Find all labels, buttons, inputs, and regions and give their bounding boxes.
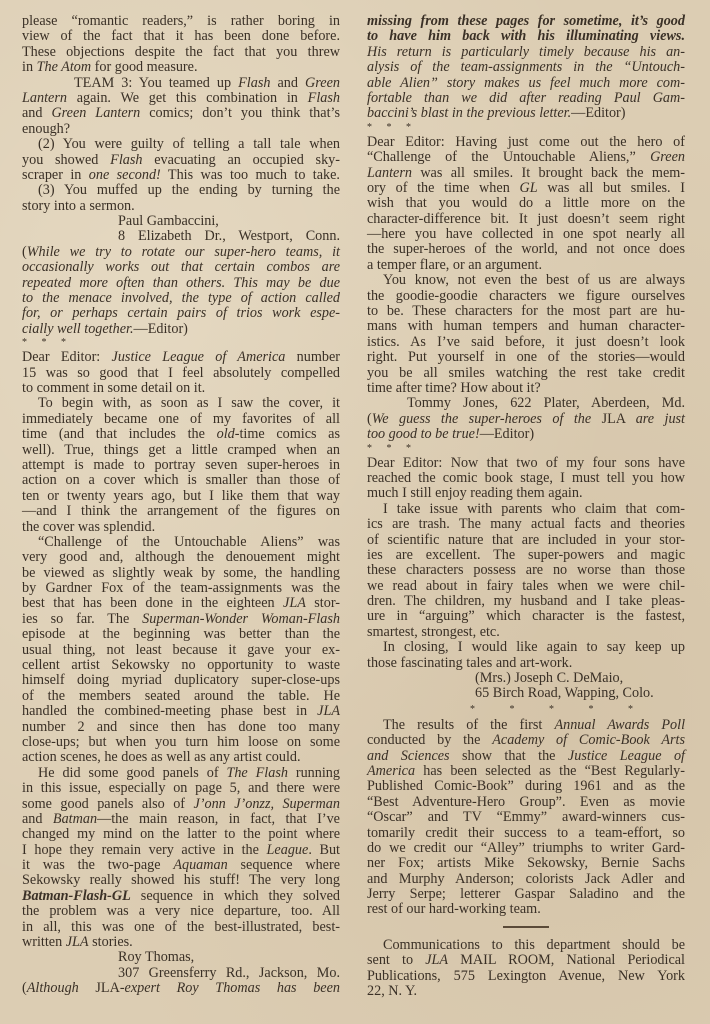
text-line: Dear Editor: Having just come out the he… — [367, 135, 685, 150]
text-line: close-ups; but when you turn him loose o… — [22, 735, 340, 750]
text-line: Tommy Jones, 622 Plater, Aberdeen, Md. — [367, 396, 685, 411]
text-line: and Murphy Anderson; colorists Jack Adle… — [367, 872, 685, 887]
text-line: ies so far. The Superman-Wonder Woman-Fl… — [22, 612, 340, 627]
text-line: Batman-Flash-GL sequence in which they s… — [22, 889, 340, 904]
text-line: to comment in some detail on it. — [22, 381, 340, 396]
text-line: Paul Gambaccini, — [22, 214, 340, 229]
text-line: alysis of the team-assignments in the “U… — [367, 60, 685, 75]
text-line: to be. These characters for the most par… — [367, 304, 685, 319]
text-line: attempt is made to portray seven super-h… — [22, 458, 340, 473]
text-line: Sekowsky really showed his stuff! The ve… — [22, 873, 340, 888]
left-column: please “romantic readers,” is rather bor… — [22, 14, 340, 997]
text-line: ies are excellent. The super-powers and … — [367, 548, 685, 563]
text-line: the goodie-goodie characters we figure o… — [367, 289, 685, 304]
text-line: 65 Birch Road, Wapping, Colo. — [367, 686, 685, 701]
text-line: rest of our hard-working team. — [367, 902, 685, 917]
text-line: in this issue, especially on page 5, and… — [22, 781, 340, 796]
text-line: (We guess the super-heroes of the JLA ar… — [367, 412, 685, 427]
text-line: —and I think the arrangement of the figu… — [22, 504, 340, 519]
text-line: Roy Thomas, — [22, 950, 340, 965]
text-line: The results of the first Annual Awards P… — [367, 718, 685, 733]
text-line: right. Put yourself in one of the storie… — [367, 350, 685, 365]
text-line: (Mrs.) Joseph C. DeMaio, — [367, 671, 685, 686]
text-line: Communications to this department should… — [367, 938, 685, 953]
text-line: cially well together.—Editor) — [22, 322, 340, 337]
text-line: to the menace involved, the type of acti… — [22, 291, 340, 306]
text-line: To begin with, as soon as I saw the cove… — [22, 396, 340, 411]
text-line: I take issue with parents who claim that… — [367, 502, 685, 517]
text-line: action scenes, he does as well as any ar… — [22, 750, 340, 765]
text-line: —here you have collected in one spot nea… — [367, 227, 685, 242]
text-line: Lantern again. We get this combination i… — [22, 91, 340, 106]
text-line: usual thing, not least because it gave y… — [22, 643, 340, 658]
text-line: repeated more often than others. This ma… — [22, 276, 340, 291]
text-line: in all, this was one of the best-illustr… — [22, 920, 340, 935]
text-line: action on a cover which is smaller than … — [22, 473, 340, 488]
text-line: These objections despite the fact that y… — [22, 45, 340, 60]
text-line: the cover was splendid. — [22, 520, 340, 535]
text-line: enough? — [22, 122, 340, 137]
text-line: number 2 and since then has done too man… — [22, 720, 340, 735]
text-line: be viewed as slightly weak by some, the … — [22, 566, 340, 581]
text-line: for, or perhaps certain pairs of trios w… — [22, 306, 340, 321]
text-line: conducted by the Academy of Comic-Book A… — [367, 733, 685, 748]
text-line: 8 Elizabeth Dr., Westport, Conn. — [22, 229, 340, 244]
text-line: 22, N. Y. — [367, 984, 685, 999]
text-line: sent to JLA MAIL ROOM, National Periodic… — [367, 953, 685, 968]
text-line: Jerry Serpe; letterer Gaspar Saladino an… — [367, 887, 685, 902]
text-line: handled the combined-meeting phase best … — [22, 704, 340, 719]
text-line: fortable than we did after reading Paul … — [367, 91, 685, 106]
text-line: cellent artist Sekowsky no opportunity t… — [22, 658, 340, 673]
section-divider — [503, 926, 549, 928]
text-line: himself doing myriad duplicatory super-c… — [22, 673, 340, 688]
text-line: Dear Editor: Now that two of my four son… — [367, 456, 685, 471]
text-line: occasionally works out that certain comb… — [22, 260, 340, 275]
text-line: I hope they remain very active in the Le… — [22, 843, 340, 858]
text-line: of the members seated around the table. … — [22, 689, 340, 704]
text-line: ure in “arguing” which character is the … — [367, 609, 685, 624]
text-line: wish that you would do a little more on … — [367, 196, 685, 211]
text-line: some good panels also of J’onn J’onzz, S… — [22, 797, 340, 812]
text-line: a temper flare, or an argument. — [367, 258, 685, 273]
text-line: these characters possess are no worse th… — [367, 563, 685, 578]
text-line: in The Atom for good measure. — [22, 60, 340, 75]
text-line: He did some good panels of The Flash run… — [22, 766, 340, 781]
text-line: much I still enjoy reading them again. — [367, 486, 685, 501]
text-line: “Oscar” and TV “Emmy” award-winners cus- — [367, 810, 685, 825]
text-line: it was the two-page Aquaman sequence whe… — [22, 858, 340, 873]
text-line: Publications, 575 Lexington Avenue, New … — [367, 969, 685, 984]
text-line: America has been selected as the “Best R… — [367, 764, 685, 779]
text-line: best that has been done in the eighteen … — [22, 596, 340, 611]
text-line: TEAM 3: You teamed up Flash and Green — [22, 76, 340, 91]
right-column: missing from these pages for sometime, i… — [367, 14, 685, 999]
text-line: (3) You muffed up the ending by turning … — [22, 183, 340, 198]
text-line: (While we try to rotate our super-hero t… — [22, 245, 340, 260]
text-line: Lantern was all smiles. It brought back … — [367, 166, 685, 181]
text-line: the problem was a very nice departure, t… — [22, 904, 340, 919]
text-line: written JLA stories. — [22, 935, 340, 950]
text-line: you be all smiles watching the rest take… — [367, 366, 685, 381]
text-line: dren. The children, my husband and I tak… — [367, 594, 685, 609]
text-line: the super-heroes of the world, and not o… — [367, 242, 685, 257]
text-line: baccini’s blast in the previous letter.—… — [367, 106, 685, 121]
text-line: 307 Greensferry Rd., Jackson, Mo. — [22, 966, 340, 981]
text-line: too good to be true!—Editor) — [367, 427, 685, 442]
text-line: tomarily credit their success to a team-… — [367, 826, 685, 841]
text-line: able Alien” story makes us feel much mor… — [367, 76, 685, 91]
text-line: “Challenge of the Untouchable Aliens” wa… — [22, 535, 340, 550]
text-line: His return is particularly timely becaus… — [367, 45, 685, 60]
text-line: “Best Adventure-Hero Group”. Even as mov… — [367, 795, 685, 810]
text-line: time after time? How about it? — [367, 381, 685, 396]
text-line: “Challenge of the Untouchable Aliens,” G… — [367, 150, 685, 165]
text-line: scraper in one second! This was too much… — [22, 168, 340, 183]
text-line: smartest, strongest, etc. — [367, 625, 685, 640]
text-line: and Sciences show that the Justice Leagu… — [367, 749, 685, 764]
text-line: Dear Editor: Justice League of America n… — [22, 350, 340, 365]
text-line: (Although JLA-expert Roy Thomas has been — [22, 981, 340, 996]
text-line: reached the comic book stage, I must tel… — [367, 471, 685, 486]
text-line: Published Comic-Book” during 1961 and as… — [367, 779, 685, 794]
text-line: character-difference bit. It just doesn’… — [367, 212, 685, 227]
text-line: missing from these pages for sometime, i… — [367, 14, 685, 29]
text-line: You know, not even the best of us are al… — [367, 273, 685, 288]
text-line: 15 was so good that I feel absolutely co… — [22, 366, 340, 381]
text-line: you showed Flash evacuating an occupied … — [22, 153, 340, 168]
text-line: mans with human tempers and human charac… — [367, 319, 685, 334]
text-line: do we credit our “Alley” triumphs to wri… — [367, 841, 685, 856]
text-line: ner Fox; artists Mike Sekowsky, Bernie S… — [367, 856, 685, 871]
text-line: (2) You were guilty of telling a tall ta… — [22, 137, 340, 152]
text-line: view of the fact that it has been done b… — [22, 29, 340, 44]
text-line: time (and that includes the old-time com… — [22, 427, 340, 442]
text-line: very good and, although the denouement m… — [22, 550, 340, 565]
text-line: we read about in fairy tales when we wer… — [367, 579, 685, 594]
text-line: episode at the beginning was better than… — [22, 627, 340, 642]
text-line: and Batman—the main reason, in fact, tha… — [22, 812, 340, 827]
text-line: well). True, things get a little cramped… — [22, 443, 340, 458]
text-line: to have him back with his illuminating v… — [367, 29, 685, 44]
text-line: In closing, I would like again to say ke… — [367, 640, 685, 655]
text-line: immediately became one of my favorites o… — [22, 412, 340, 427]
text-line: changed my mind on the latter to the poi… — [22, 827, 340, 842]
text-line: by Gardner Fox of the team-assignments w… — [22, 581, 340, 596]
text-line: and Green Lantern comics; don’t you thin… — [22, 106, 340, 121]
text-line: of scientific nature that are included i… — [367, 533, 685, 548]
text-line: those fascinating tales and art-work. — [367, 656, 685, 671]
text-line: ics are trash. The many actual facts and… — [367, 517, 685, 532]
text-line: ory of the time when GL was all but smil… — [367, 181, 685, 196]
letter-separator: * * * * * — [367, 702, 685, 718]
text-line: istics. As I’ve said before, it just doe… — [367, 335, 685, 350]
text-line: ten or twenty years ago, but I like them… — [22, 489, 340, 504]
text-line: story into a sermon. — [22, 199, 340, 214]
text-line: please “romantic readers,” is rather bor… — [22, 14, 340, 29]
